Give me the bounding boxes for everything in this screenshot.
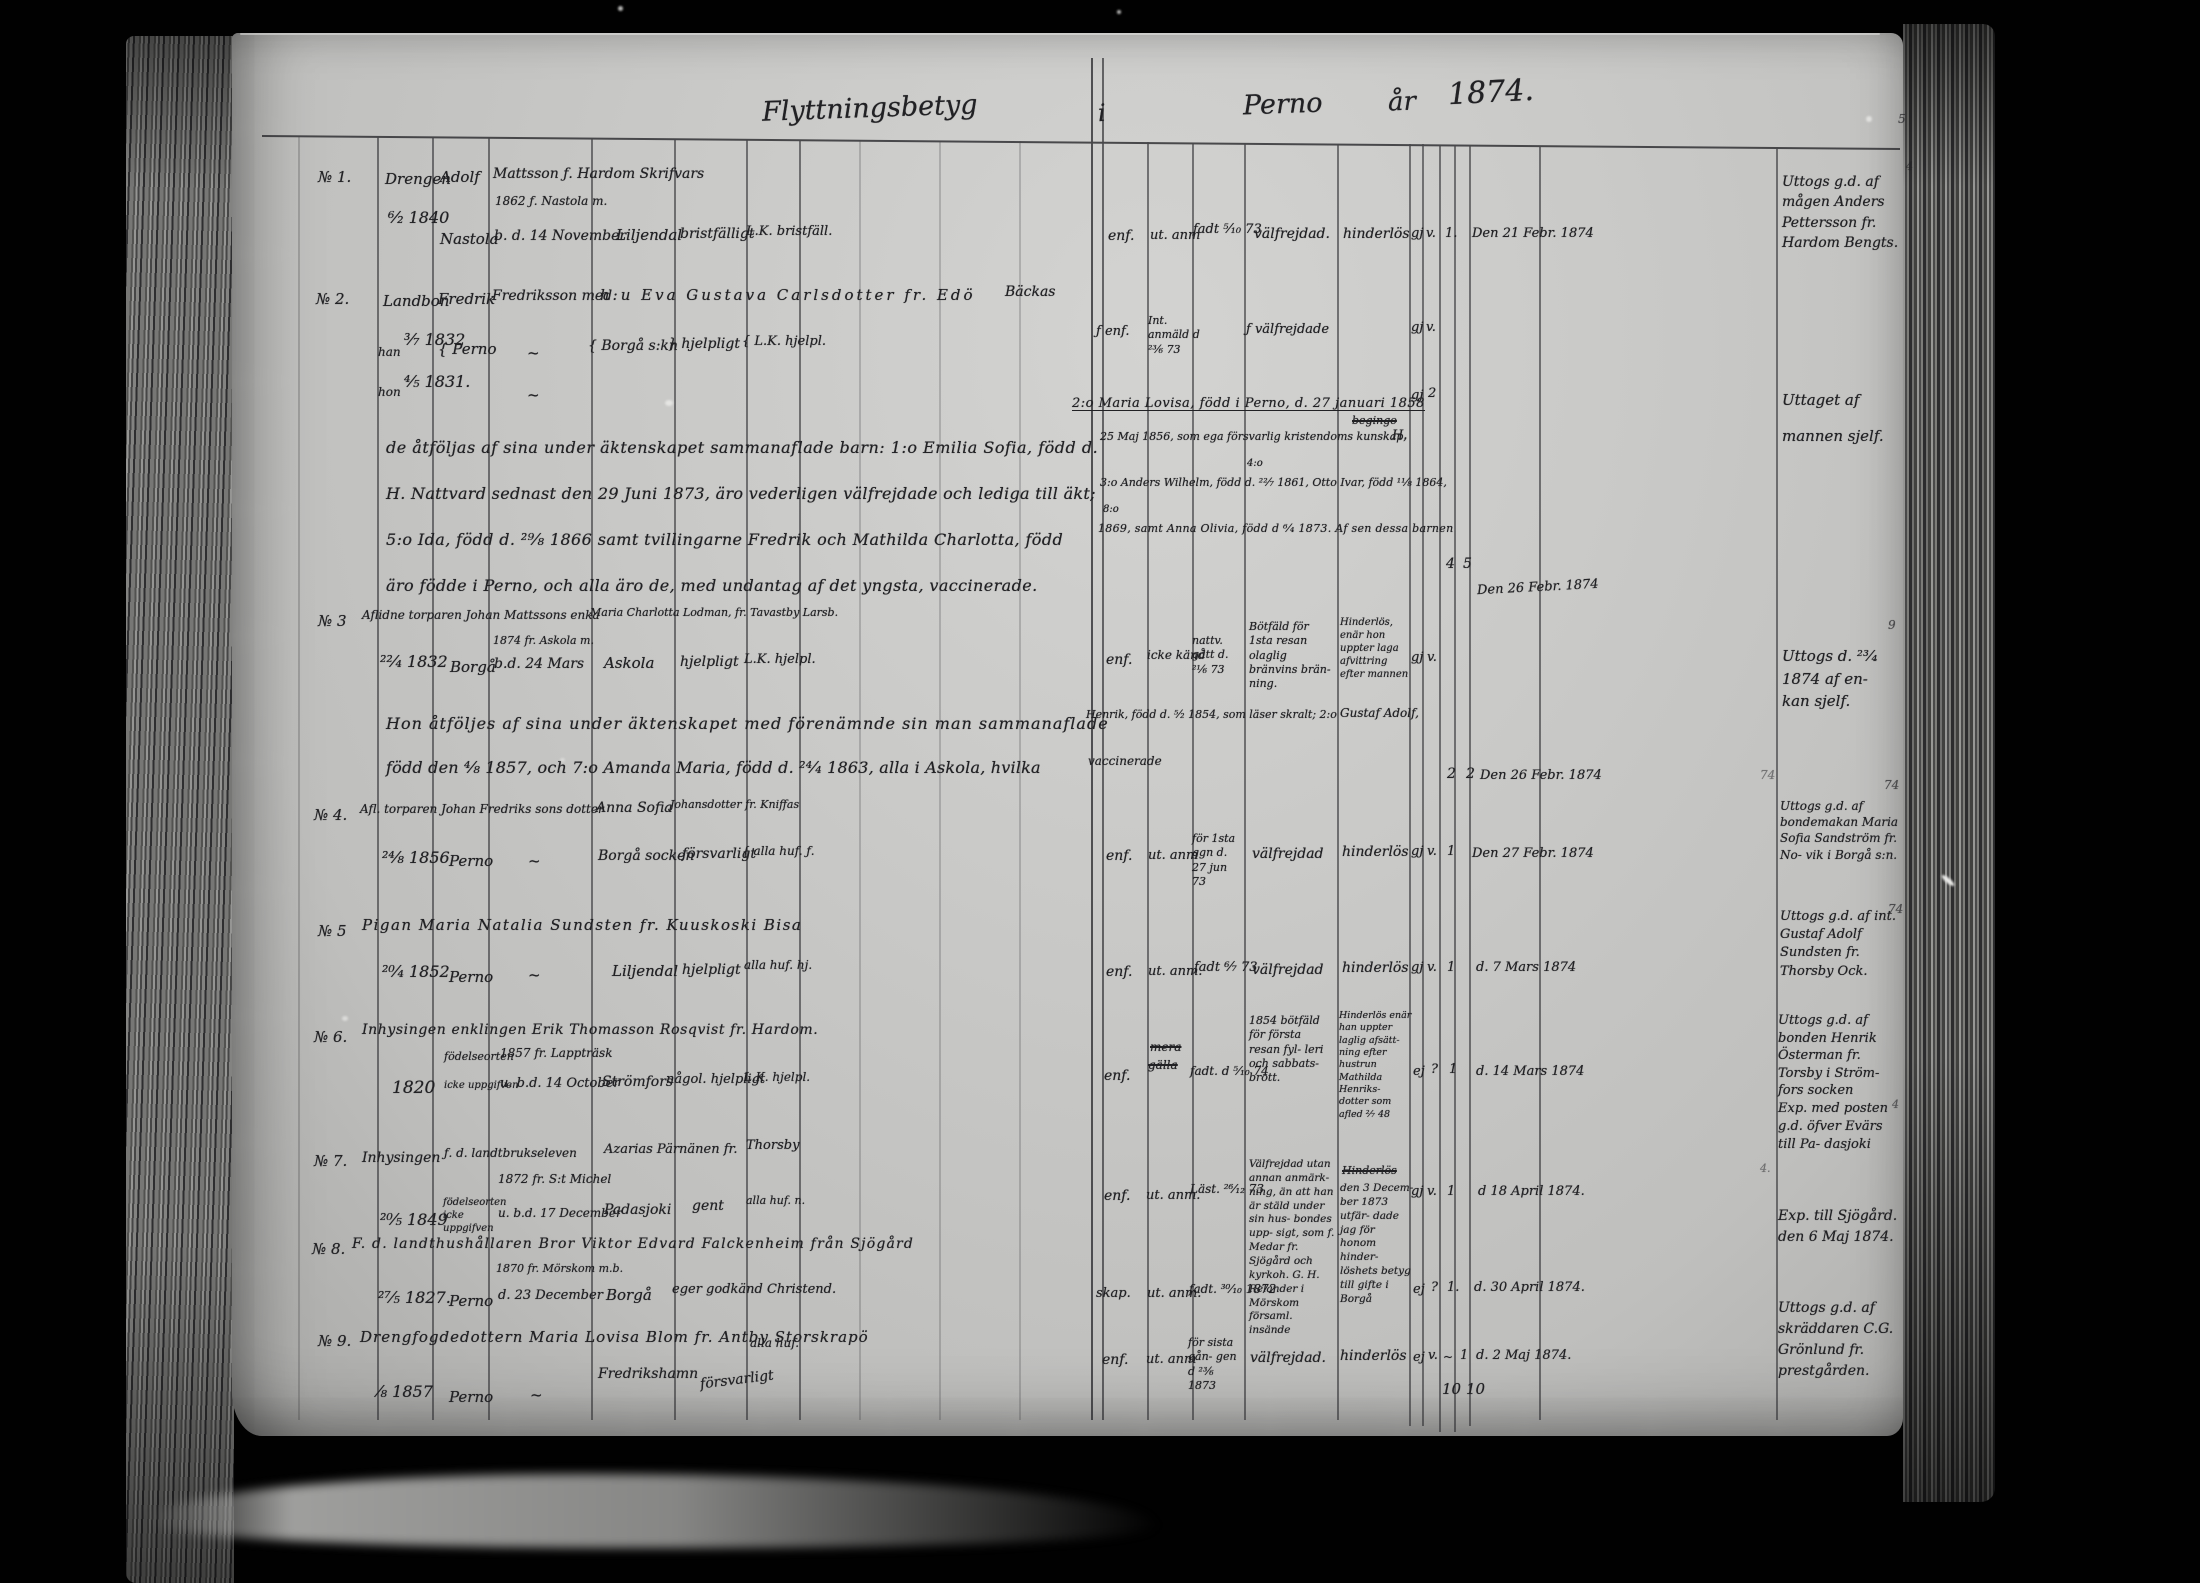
handwriting-fragment: Hinderlös, enär hon uppter laga afvittri… [1340,616,1412,681]
handwriting-fragment: 1854 bötfäld för första resan fyl- leri … [1249,1014,1333,1085]
margin-note: Uttogs g.d. af bonden Henrik Österman fr… [1778,1012,1906,1100]
handwriting-fragment: gent [692,1198,724,1216]
handwriting-fragment: 1870 fr. Mörskom m.b. [496,1262,623,1276]
handwriting-fragment: d. 30 April 1874. [1474,1280,1585,1296]
handwriting-fragment: de åtföljas af sina under äktenskapet sa… [386,438,1098,458]
handwriting-fragment: alla huf. [750,1336,799,1351]
handwriting-fragment: enf. [1102,1352,1128,1370]
record-number: № 3 [318,612,347,631]
page-title: i [1097,98,1106,128]
handwriting-fragment: 2 [1466,766,1475,784]
handwriting-fragment: ~ [530,1386,543,1405]
handwriting-fragment: ej [1413,1064,1425,1080]
page-edge-mark: 4 [1892,1098,1899,1112]
handwriting-fragment: b. d. 14 November [494,228,626,246]
handwriting-fragment: han [378,345,401,360]
page-edge-mark: 74 [1888,902,1903,917]
handwriting-fragment: 1 [1447,960,1455,976]
handwriting-fragment: Inhysingen [362,1150,440,1168]
handwriting-fragment: { Borgå s:kn [588,338,678,356]
handwriting-fragment: enf. [1106,848,1132,866]
handwriting-fragment: d. 14 Mars 1874 [1476,1064,1584,1080]
handwriting-fragment: gj [1411,226,1423,242]
handwriting-fragment: Perno [449,852,493,871]
handwriting-fragment: Thorsby [746,1138,799,1154]
handwriting-fragment: 25 Maj 1856, som ega försvarlig kristend… [1100,430,1407,444]
handwriting-fragment: 3:o Anders Wilhelm, född d. ²²⁄₇ 1861, O… [1100,476,1447,490]
page-edge-mark: 4 [1906,160,1913,174]
handwriting-fragment: ⁶⁄₂ 1840 [388,208,449,228]
handwriting-fragment: hon [378,385,401,400]
handwriting-fragment: hjelpligt [682,962,741,980]
handwriting-fragment: d. 23 December [498,1288,603,1304]
handwriting-fragment: Askola [604,654,654,673]
handwriting-fragment: v. [1426,320,1436,336]
handwriting-fragment: 1. [1447,1280,1459,1296]
handwriting-fragment: Azarias Pärnänen fr. [604,1142,737,1158]
handwriting-fragment: 1857 fr. Lappträsk [500,1046,612,1061]
handwriting-fragment: 8:o [1103,504,1119,517]
handwriting-fragment: ²²⁄₄ 1832 [380,652,448,672]
record-number: № 1. [318,168,351,187]
handwriting-fragment: fadt. ³⁰⁄₁₀ 1872 [1189,1282,1276,1297]
handwriting-fragment: född den ⁴⁄₈ 1857, och 7:o Amanda Maria,… [386,758,1041,778]
handwriting-fragment: för 1sta ggn d. 27 jun 73 [1192,832,1244,889]
handwriting-fragment: Liljendal [616,226,682,245]
handwriting-fragment: 1. [1445,226,1457,242]
handwriting-fragment: enf. [1104,1068,1130,1086]
handwriting-fragment: Liljendal [612,962,678,981]
handwriting-fragment: begingo [1352,414,1397,428]
handwriting-fragment: Henrik, född d. ⁵⁄₂ 1854, som läser skra… [1086,708,1337,722]
handwriting-fragment: eger godkänd Christend. [672,1282,836,1298]
handwriting-fragment: vaccinerade [1088,754,1162,769]
handwriting-fragment: gj [1411,1184,1423,1200]
handwriting-fragment: enf. [1106,964,1132,982]
handwriting-fragment: ej [1413,1282,1425,1298]
handwriting-fragment: 2:o Maria Lovisa, född i Perno, d. 27 ja… [1072,396,1425,412]
page-title: 1874. [1447,72,1535,114]
handwriting-fragment: välfrejdad. [1250,1350,1326,1368]
handwriting-fragment: ~ [527,344,540,363]
handwriting-fragment: H. Nattvard sednast den 29 Juni 1873, är… [386,484,1096,504]
handwriting-fragment: v. [1427,960,1437,976]
column-total: 10 [1466,1380,1485,1399]
handwriting-fragment: ⁄₈ 1857 [378,1382,433,1402]
handwriting-fragment: ~ [527,386,540,405]
page-edge-mark: 4. [1760,1162,1771,1176]
margin-note: Uttogs g.d. af mågen Anders Pettersson f… [1782,172,1900,253]
handwriting-fragment: enf. [1106,652,1132,670]
record-number: № 2. [316,290,349,309]
handwriting-fragment: Borgå socken [598,848,694,866]
photo-background: FlyttningsbetygiPernoår1874.№ 1.DrengenA… [0,0,2200,1583]
margin-note: Uttogs g.d. af int. Gustaf Adolf Sundste… [1780,908,1900,981]
handwriting-fragment: Johansdotter fr. Kniffas [670,798,799,812]
handwriting-fragment: ²⁷⁄₅ 1827. [378,1288,451,1308]
handwriting-fragment: fadt ⁵⁄₁₀ 73 [1193,222,1262,238]
page-content: FlyttningsbetygiPernoår1874.№ 1.DrengenA… [0,0,2200,1583]
handwriting-fragment: Mattsson ƒ. Hardom Skrifvars [493,166,704,184]
handwriting-fragment: v. [1426,226,1436,242]
handwriting-fragment: ²⁴⁄₈ 1856 [382,848,450,868]
handwriting-fragment: Afl. torparen Johan Fredriks sons dotter [360,802,604,817]
record-number: № 5 [318,922,347,941]
margin-note: Uttaget af mannen sjelf. [1782,382,1892,454]
handwriting-fragment: skap. [1096,1286,1131,1302]
handwriting-fragment: Pigan Maria Natalia Sundsten fr. Kuuskos… [362,916,802,935]
handwriting-fragment: 1 [1447,1184,1455,1200]
handwriting-fragment: hjelpligt [680,654,739,672]
handwriting-fragment: Anna Sofia [596,800,673,818]
handwriting-fragment: gj [1411,320,1423,336]
handwriting-fragment: bristfälligt [680,226,755,244]
handwriting-fragment: v. [1427,1184,1437,1200]
handwriting-fragment: 1 [1460,1348,1468,1364]
handwriting-fragment: den 3 Decem- ber 1873 utfär- dade jag fö… [1340,1182,1414,1307]
handwriting-fragment: Aflidne torparen Johan Mattssons enka [362,608,600,623]
handwriting-fragment: ut. anm [1148,848,1198,864]
handwriting-fragment: d. 7 Mars 1874 [1476,960,1576,976]
handwriting-fragment: ²⁰⁄₄ 1852 [382,962,450,982]
handwriting-fragment: gj [1411,650,1423,666]
handwriting-fragment: välfrejdad. [1254,226,1330,244]
handwriting-fragment: Padasjoki [604,1202,671,1220]
handwriting-fragment: { alla huf. ƒ. [742,844,815,859]
handwriting-fragment: enf. [1104,1188,1130,1206]
handwriting-fragment: Fredrik [438,290,495,309]
handwriting-fragment: försvarligt [699,1368,775,1394]
handwriting-fragment: ƒ välfrejdade [1246,322,1329,338]
handwriting-fragment: ? [1431,1062,1438,1078]
handwriting-fragment: Fredrikshamn [598,1366,698,1384]
handwriting-fragment: gälla [1148,1058,1178,1073]
handwriting-fragment: { Perno [438,340,496,359]
handwriting-fragment: välfrejdad [1252,846,1324,864]
margin-note: Uttogs d. ²³⁄₄ 1874 af en- kan sjelf. [1782,645,1897,713]
column-total: 10 [1442,1380,1461,1399]
handwriting-fragment: hinderlös [1342,960,1409,978]
handwriting-fragment: v. [1428,1348,1438,1364]
handwriting-fragment: L.K. hjelpl. [744,1070,810,1085]
handwriting-fragment: 1872 fr. S:t Michel [498,1172,611,1187]
record-number: № 8. [312,1240,345,1259]
handwriting-fragment: Strömfors [602,1074,673,1092]
page-title: år [1387,86,1416,119]
margin-note: Exp. med posten g.d. öfver Evärs till Pa… [1778,1100,1900,1155]
handwriting-fragment: Den 26 Febr. 1874 [1477,577,1599,600]
record-number: № 4. [314,806,347,825]
handwriting-fragment: Bötfäld för 1sta resan olaglig bränvins … [1249,620,1333,691]
page-title: Perno [1242,87,1323,124]
handwriting-fragment: Perno [449,968,493,987]
handwriting-fragment: hinderlös [1342,844,1409,862]
record-number: № 9. [318,1332,351,1351]
handwriting-fragment: 2 [1428,386,1436,402]
page-edge-mark: 5 [1898,112,1906,127]
handwriting-fragment: ƒ. d. landtbrukseleven [444,1146,577,1161]
record-number: № 7. [314,1152,347,1171]
handwriting-fragment: L.K. hjelpl. [744,652,816,668]
handwriting-fragment: hinderlös [1340,1348,1407,1366]
handwriting-fragment: 5 [1463,556,1472,574]
handwriting-fragment: Fredriksson med [492,288,612,306]
handwriting-fragment: Perno [449,1388,493,1407]
handwriting-fragment: äro födde i Perno, och alla äro de, med … [386,576,1038,596]
handwriting-fragment: 1862 ƒ. Nastola m. [495,194,607,209]
handwriting-fragment: Hon åtföljes af sina under äktenskapet m… [386,714,1109,734]
handwriting-fragment: ej [1413,1350,1425,1366]
handwriting-fragment: H. [1392,428,1407,444]
handwriting-fragment: Perno [449,1292,493,1311]
handwriting-fragment: { L.K. hjelpl. [742,334,826,350]
page-edge-mark: 9 [1888,618,1896,633]
handwriting-fragment: gj [1411,844,1423,860]
handwriting-fragment: Hinderlös [1342,1164,1397,1178]
handwriting-fragment: fadt ⁶⁄₇ 73 [1194,960,1258,976]
handwriting-fragment: v. [1427,650,1437,666]
handwriting-fragment: Nastola [440,230,499,249]
handwriting-fragment: mera [1150,1040,1181,1055]
handwriting-fragment: 4 [1446,556,1455,574]
handwriting-fragment: Adolf [440,168,480,187]
margin-note: Exp. till Sjögård. den 6 Maj 1874. [1778,1206,1906,1248]
handwriting-fragment: Den 21 Febr. 1874 [1472,226,1594,242]
handwriting-fragment: 1820 [392,1078,435,1099]
handwriting-fragment: nattv. gått d. ²¹⁄₆ 73 [1192,634,1242,677]
handwriting-fragment: 1869, samt Anna Olivia, född d ⁶⁄₄ 1873.… [1098,522,1453,536]
margin-note: Uttogs g.d. af bondemakan Maria Sofia Sa… [1780,798,1905,863]
handwriting-fragment: L.K. bristfäll. [746,224,832,240]
handwriting-fragment: födelseorten icke uppgifven [443,1196,499,1235]
handwriting-fragment: gj [1411,960,1423,976]
margin-note: Uttogs g.d. af skräddaren C.G. Grönlund … [1778,1298,1906,1382]
handwriting-fragment: Gustaf Adolf, [1340,706,1419,721]
handwriting-fragment: Den 27 Febr. 1874 [1472,846,1594,862]
handwriting-fragment: d 18 April 1874. [1478,1184,1585,1200]
page-title: Flyttningsbetyg [761,88,978,129]
handwriting-fragment: alla huf. n. [746,1194,805,1208]
record-number: № 6. [314,1028,347,1047]
handwriting-fragment: 4:o [1247,458,1263,471]
handwriting-fragment: d. 2 Maj 1874. [1476,1348,1571,1364]
handwriting-fragment: välfrejdad [1252,962,1324,980]
handwriting-fragment: Hinderlös enär han uppter laglig afsätt-… [1339,1010,1413,1121]
handwriting-fragment: h:u Eva Gustava Carlsdotter fr. Edö [600,286,976,305]
handwriting-fragment: 2 [1447,766,1456,784]
handwriting-fragment: ~ [528,966,541,985]
handwriting-fragment: för sista gån- gen d ²³⁄₆ 1873 [1188,1336,1244,1393]
handwriting-fragment: Maria Charlotta Lodman, fr. Tavastby Lar… [590,606,838,620]
handwriting-fragment: v. [1427,844,1437,860]
handwriting-fragment: ~ [528,852,541,871]
handwriting-fragment: b.d. 24 Mars [494,656,584,674]
handwriting-fragment: ⁴⁄₅ 1831. [404,372,470,392]
handwriting-fragment: ²⁰⁄₅ 1849 [380,1210,448,1230]
handwriting-fragment: Bäckas [1005,284,1056,302]
handwriting-fragment: Borgå [606,1286,652,1305]
handwriting-fragment: 1 [1449,1062,1457,1078]
handwriting-fragment: Den 26 Febr. 1874 [1480,768,1602,784]
handwriting-fragment: hinderlös [1343,226,1410,244]
handwriting-fragment: Inhysingen enklingen Erik Thomasson Rosq… [362,1022,818,1040]
page-edge-mark: 74 [1884,778,1899,793]
handwriting-fragment: } hjelpligt [668,336,740,354]
handwriting-fragment: 1874 fr. Askola m. [493,634,594,648]
handwriting-fragment: ? [1431,1280,1438,1296]
handwriting-fragment: Välfrejdad utan annan anmärk- ning, än a… [1249,1158,1335,1338]
handwriting-fragment: Int. anmäld d ²³⁄₆ 73 [1148,314,1208,357]
handwriting-fragment: alla huf. hj. [744,958,812,973]
handwriting-fragment: 1 [1447,844,1455,860]
handwriting-fragment: ƒ enf. [1096,324,1130,340]
handwriting-fragment: 5:o Ida, född d. ²⁹⁄₈ 1866 samt tvilling… [386,530,1063,550]
handwriting-fragment: ~ [1443,1350,1453,1365]
handwriting-fragment: F. d. landthushållaren Bror Viktor Edvar… [352,1236,914,1254]
page-edge-mark: 74 [1760,768,1775,783]
handwriting-fragment: enf. [1108,228,1134,246]
handwriting-fragment: Borgå [450,658,496,677]
